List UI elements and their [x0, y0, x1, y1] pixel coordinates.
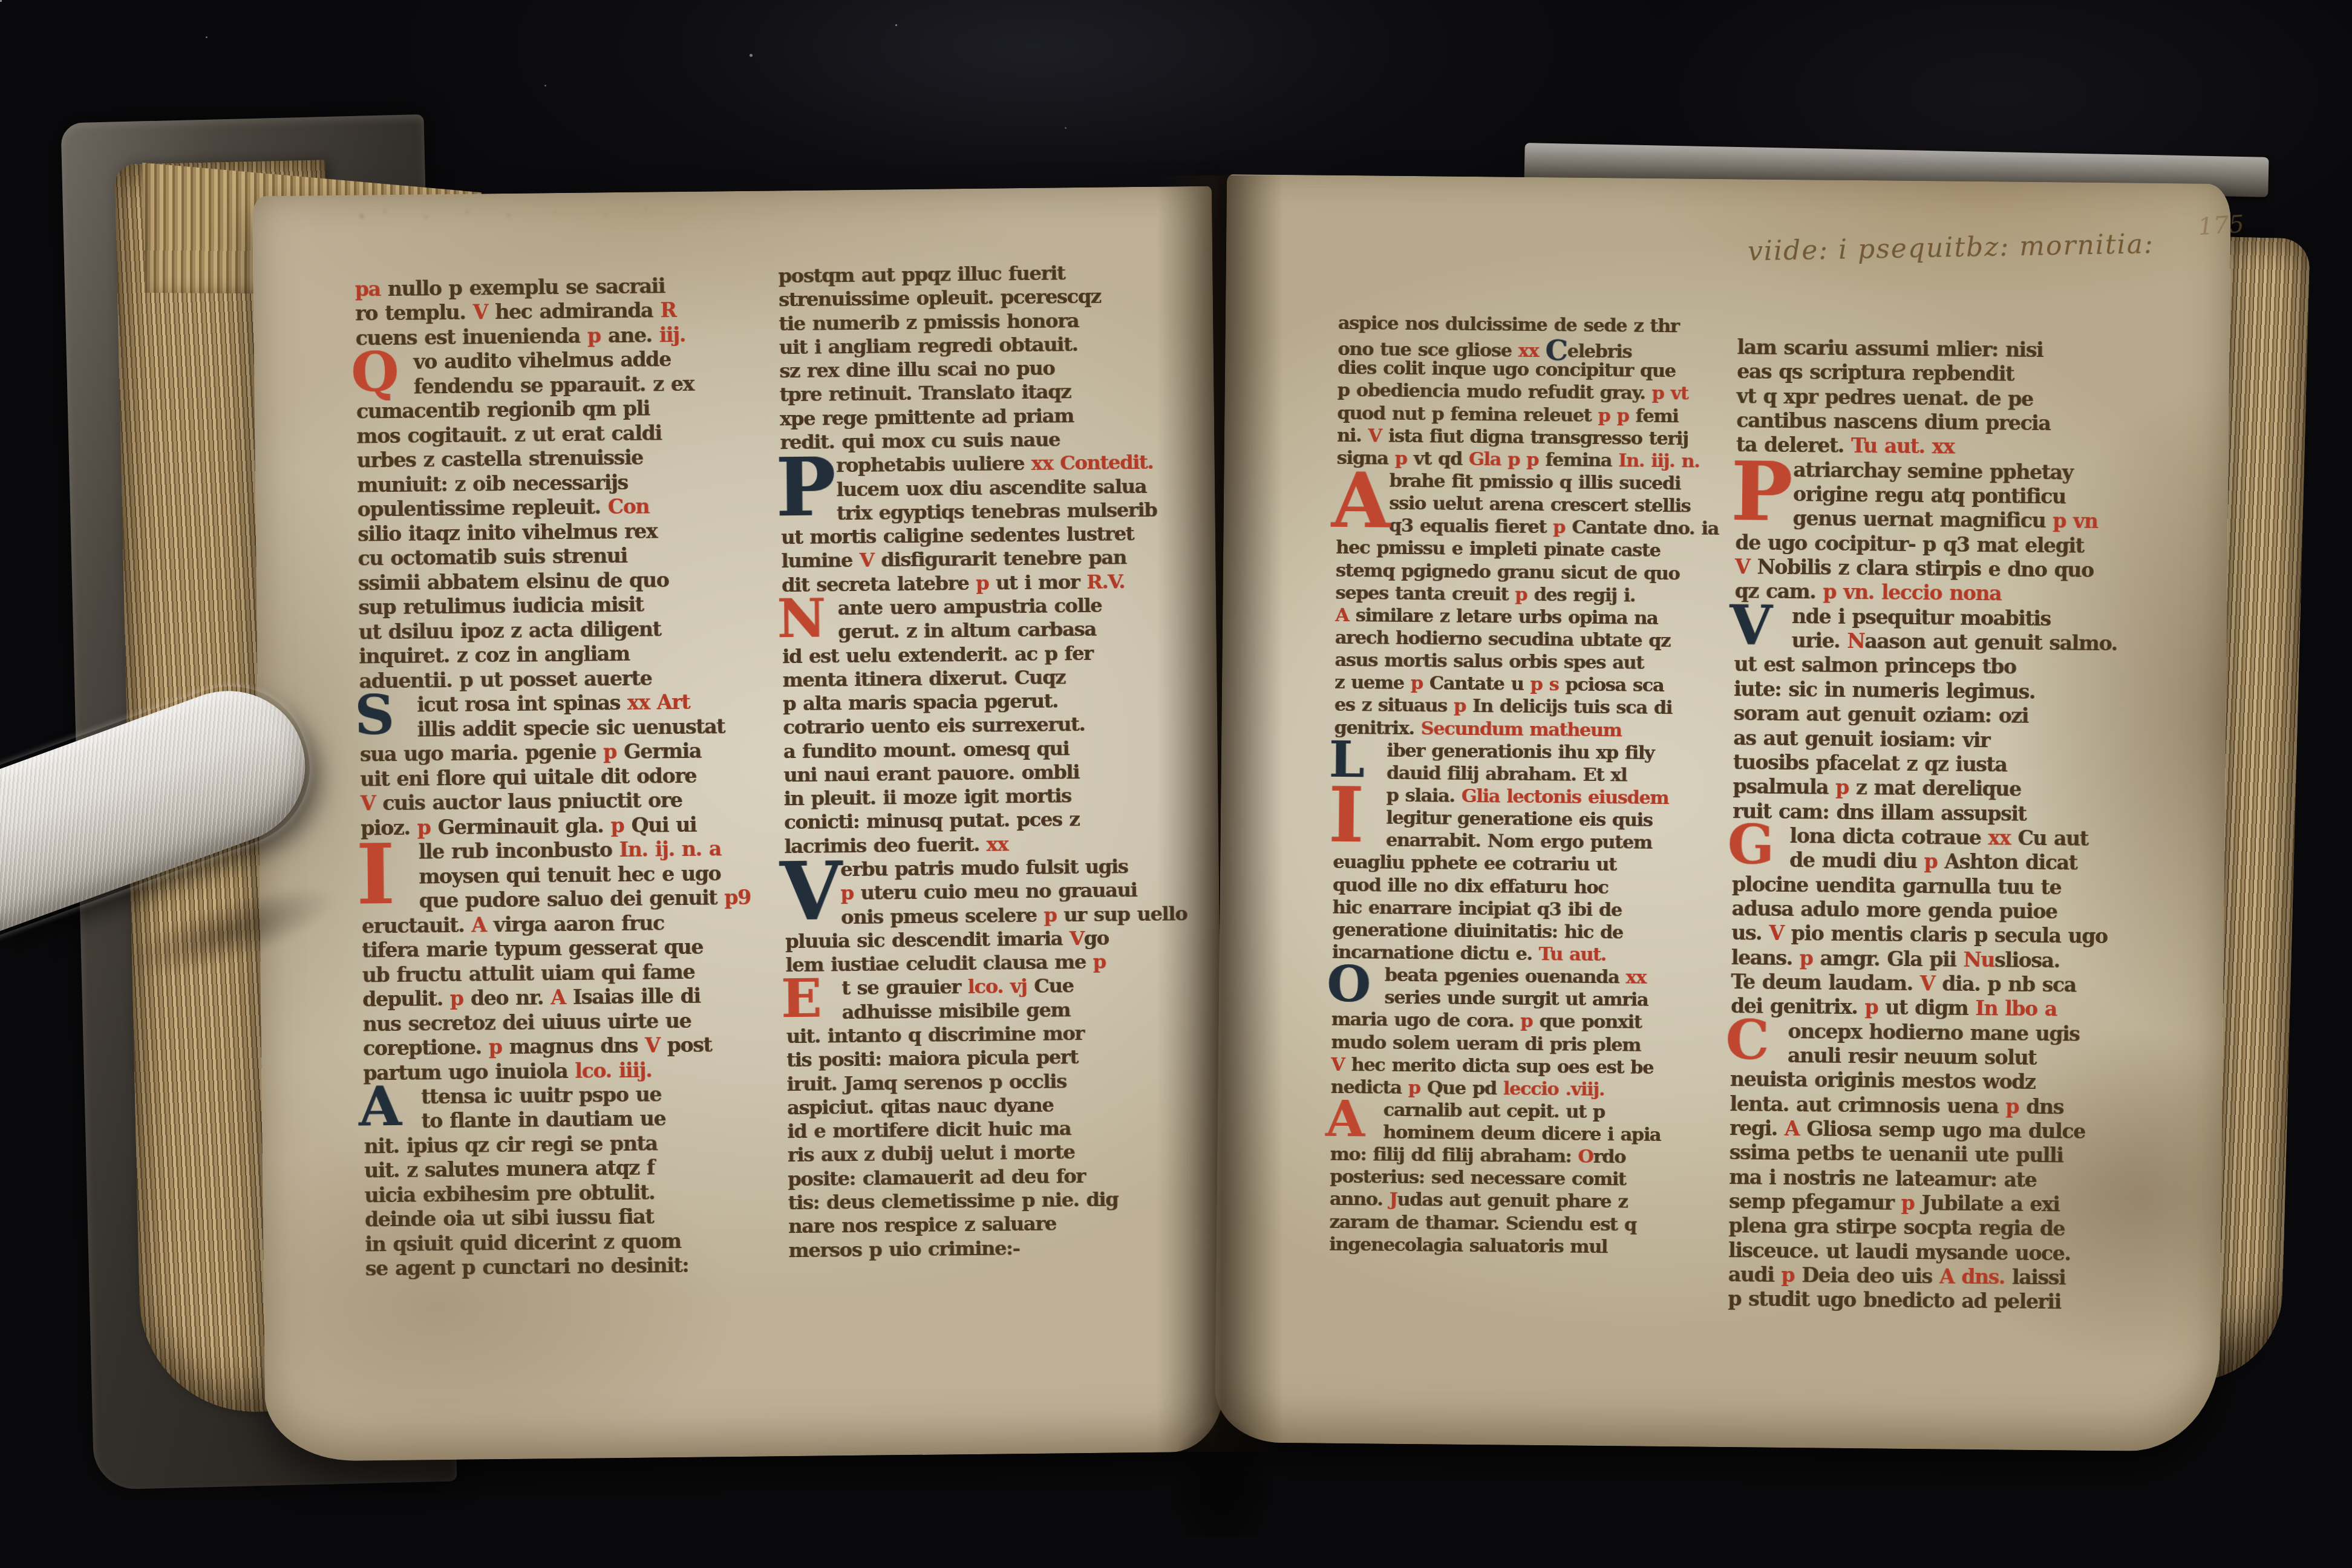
body-text: amgr. Gla pii [1820, 946, 1963, 971]
rubric-text: p [1520, 1010, 1539, 1032]
body-text: genus uernat magnificu [1792, 506, 2053, 532]
body-text: ni. [1337, 425, 1368, 446]
body-text: anno. [1330, 1188, 1390, 1210]
text-line: us. V pio mentis claris p secula ugo [1731, 921, 2131, 949]
body-text: Germinauit gla. [437, 814, 610, 839]
body-text: deo nr. [470, 985, 550, 1010]
body-text: se agent p cunctari no desinit: [365, 1253, 688, 1281]
body-text: uit. z salutes munera atqz f [364, 1156, 655, 1183]
rubric-text: p s [1530, 673, 1565, 696]
body-text: depulit. [362, 987, 450, 1011]
body-text: sz rex dine illu scai no puo [779, 357, 1054, 383]
body-text: Gliosa semp ugo ma dulce [1806, 1117, 2085, 1143]
body-text: silio itaqz inito vihelmus rex [358, 519, 658, 546]
body-text: z ueme [1334, 671, 1411, 694]
body-text: oncepx hodierno mane ugis [1788, 1019, 2079, 1046]
text-line: maria ugo de cora. p que ponxit [1331, 1008, 1719, 1034]
text-line: uicia exbihesim pre obtulit. [364, 1180, 757, 1208]
body-text: audi [1728, 1263, 1781, 1287]
text-line: coreptione. p magnus dns V post [363, 1033, 756, 1061]
rubric-text: Contedit. [1060, 451, 1154, 475]
rubric-text: A [471, 913, 494, 936]
text-line: plocine uendita garnulla tuu te [1732, 872, 2131, 901]
body-text: z mat derelique [1856, 776, 2021, 801]
text-line: mos cogitauit. z ut erat caldi [356, 420, 750, 449]
drop-cap-initial: I [1328, 781, 1364, 851]
body-text: eas qs scriptura repbendit [1737, 360, 2014, 386]
text-line: redit. qui mox cu suis naue [780, 426, 1177, 454]
text-line: regi. A Gliosa semp ugo ma dulce [1730, 1116, 2129, 1145]
text-line: anuli resir neuum solut [1730, 1043, 2129, 1071]
body-text: de mudi diu [1789, 848, 1924, 873]
text-line: p obediencia mudo refudit gray. p vt [1337, 379, 1724, 405]
text-line: incarnatione dictu e. Tu aut. [1332, 941, 1719, 967]
rubric-text: A dns. [1939, 1265, 2013, 1289]
rubric-text: xx [1988, 826, 2017, 849]
text-line: posterius: sed necessare comit [1330, 1166, 1717, 1192]
body-text: aason aut genuit salmo. [1864, 629, 2117, 655]
body-text: Cantate u [1429, 673, 1530, 696]
body-text: id e mortifere dicit huic ma [787, 1117, 1071, 1143]
text-line: partum ugo inuiola lco. iiij. [363, 1057, 756, 1085]
text-line: ro templu. V hec admiranda R [355, 298, 748, 326]
rubric-text: p [1781, 1263, 1802, 1287]
left-page: pa nullo p exemplu se sacraiiro templu. … [252, 186, 1225, 1462]
rubric-text: V [1331, 1053, 1351, 1075]
text-line: adhuisse misibile gem [786, 997, 1183, 1025]
text-line: cumacentib regionib qm pli [356, 396, 750, 424]
body-text: tifera marie typum gesserat que [362, 935, 703, 962]
body-text: as aut genuit iosiam: vir [1733, 726, 1990, 752]
text-line: lucem uox diu ascendite salua [780, 474, 1177, 502]
text-line: postqm aut ppqz illuc fuerit [778, 260, 1175, 288]
body-text: aduentii. p ut posset auerte [359, 666, 652, 693]
body-text: illis addit specie sic uenustat [417, 714, 725, 741]
body-text: mos cogitauit. z ut erat caldi [356, 421, 662, 448]
text-line: aduentii. p ut posset auerte [359, 665, 752, 694]
text-line: signa p vt qd Gla p p femina In. iij. n. [1336, 447, 1723, 473]
body-text: fendendu se pparauit. z ex [413, 372, 694, 399]
body-text: lle rub inconbusto [418, 838, 619, 863]
body-text: arech hodierno secudina ubtate qz [1335, 627, 1670, 652]
text-line: audi p Deia deo uis A dns. laissi [1728, 1263, 2127, 1291]
text-line: ub fructu attulit uiam qui fame [362, 959, 755, 987]
text-line: Te deum laudam. V dia. p nb sca [1731, 970, 2130, 998]
rubric-text: In. iij. n. [1618, 449, 1700, 472]
text-line: to flante in dautiam ue [364, 1106, 757, 1134]
rubric-text: Nu [1963, 947, 1994, 971]
text-line: mo: filij dd filij abraham: Ordo [1330, 1143, 1717, 1169]
rubric-text: Tu aut. xx [1851, 434, 1955, 459]
body-text: lenta. aut crimnosis uena [1730, 1092, 2005, 1118]
text-line: ssimii abbatem elsinu de quo [358, 567, 751, 596]
text-line: fendendu se pparauit. z ex [356, 371, 749, 400]
body-text: plocine uendita garnulla tuu te [1732, 872, 2061, 899]
body-text: cumacentib regionib qm pli [356, 397, 650, 423]
body-text: origine regu atq pontificu [1793, 482, 2066, 508]
drop-cap-initial: E [781, 974, 822, 1024]
rubric-text: p [1454, 695, 1472, 717]
body-text: rophetabis uuliere [836, 452, 1031, 477]
body-text: hominem deum dicere i apia [1383, 1122, 1661, 1146]
text-line: leans. p amgr. Gla pii Nusliosa. [1731, 946, 2131, 974]
text-line: ut est salmon princeps tbo [1734, 653, 2133, 681]
text-line: ttensa ic uuitr pspo ue [363, 1082, 756, 1110]
text-line: tis: deus clemetissime p nie. dig [788, 1187, 1184, 1215]
drop-cap-initial: V [1730, 600, 1772, 651]
rubric-text: p [1408, 1077, 1427, 1099]
text-line: brahe fit pmissio q illis sucedi [1336, 469, 1723, 495]
body-text: generatione diuinitatis: hic de [1332, 919, 1623, 944]
text-line: depulit. p deo nr. A Isaias ille di [362, 984, 756, 1012]
rubric-text: p [587, 324, 608, 347]
body-text: ssio uelut arena crescert stellis [1389, 492, 1690, 517]
body-text: tie numerib z pmissis honora [779, 309, 1079, 335]
body-text: disfigurarit tenebre pan [881, 546, 1126, 572]
body-text: sepes tanta creuit [1335, 582, 1515, 606]
body-text: quod nut p femina releuet [1337, 402, 1598, 426]
body-text: posite: clamauerit ad deu for [788, 1165, 1085, 1191]
body-text: p alta maris spacia pgerut. [783, 690, 1058, 716]
text-line: lona dicta cotraue xx Cu aut [1732, 823, 2131, 852]
text-line: nit. ipius qz cir regi se pnta [364, 1131, 757, 1159]
rubric-text: V [645, 1033, 667, 1057]
rubric-text: V [1920, 972, 1942, 995]
text-line: lenta. aut crimnosis uena p dns [1730, 1092, 2129, 1120]
body-text: in pleuit. ii moze igit mortis [783, 784, 1071, 810]
right-page-column-1: aspice nos dulcissime de sede z throno t… [1329, 312, 1725, 1259]
text-line: zaram de thamar. Sciendu est q [1329, 1210, 1716, 1236]
rubric-text: O [1578, 1146, 1593, 1168]
body-text: stemq pgignedo granu sicut de quo [1336, 559, 1680, 584]
body-text: leans. [1731, 946, 1800, 970]
body-text: Cue [1034, 975, 1074, 998]
rubric-text: p [1093, 950, 1106, 973]
rubric-text: lco. iiij. [575, 1058, 652, 1082]
drop-cap-initial: S [354, 690, 394, 741]
body-text: cuis auctor laus pniuctit ore [382, 788, 682, 815]
body-text: nus secretoz dei uiuus uirte ue [362, 1008, 691, 1036]
body-text: ista fiut digna transgresso terij [1388, 425, 1688, 449]
drop-cap-initial: V [780, 855, 843, 929]
text-line: mersos p uio crimine:- [788, 1235, 1185, 1263]
text-line: sua ugo maria. pgenie p Germia [360, 739, 753, 767]
body-text: uit i angliam regredi obtauit. [779, 333, 1078, 359]
rubric-text: In lbo a [1975, 996, 2057, 1021]
body-text: tis: deus clemetissime p nie. dig [788, 1187, 1118, 1214]
body-text: legitur generatione eis quis [1386, 807, 1652, 831]
text-line: opulentissime repleuit. Con [357, 494, 750, 522]
text-line: z ueme p Cantate u p s pciosa sca [1334, 671, 1722, 697]
text-line: qz cam. p vn. leccio nona [1734, 580, 2134, 608]
body-text: ttensa ic uuitr pspo ue [421, 1082, 661, 1108]
text-line: cantibus nascens dium precia [1736, 408, 2135, 437]
body-text: hic enarrare incipiat q3 ibi de [1332, 896, 1621, 921]
body-text: moysen qui tenuit hec e ugo [419, 861, 720, 888]
rubric-text: p [1515, 583, 1534, 605]
body-text: in qsiuit quid dicerint z quom [365, 1229, 681, 1256]
rubric-text: p [1864, 996, 1885, 1019]
body-text: mo: filij dd filij abraham: [1330, 1143, 1578, 1168]
body-text: nde i psequitur moabitis [1792, 604, 2051, 630]
text-line: as aut genuit iosiam: vir [1733, 726, 2132, 754]
body-text: uicia exbihesim pre obtulit. [364, 1180, 655, 1207]
rubric-text: p [1044, 903, 1063, 926]
body-text: zaram de thamar. Sciendu est q [1329, 1210, 1636, 1235]
rubric-text: p [1799, 946, 1820, 970]
text-line: ut dsiluu ipoz z acta diligent [358, 616, 751, 645]
text-line: hominem deum dicere i apia [1330, 1121, 1717, 1147]
text-line: tpre retinuit. Translato itaqz [779, 379, 1176, 407]
left-page-column-2: postqm aut ppqz illuc fueritstrenuissime… [778, 260, 1185, 1263]
body-text: carnalib aut cepit. ut p [1383, 1099, 1604, 1123]
text-line: que pudore saluo dei genuit p9 [361, 886, 754, 914]
body-text: deinde oia ut sibi iussu fiat [365, 1205, 654, 1232]
text-line: a fundito mount. omesq qui [783, 736, 1180, 763]
text-line: ni. V ista fiut digna transgresso terij [1337, 425, 1724, 451]
body-text: opulentissime repleuit. [357, 495, 608, 521]
body-text: sup retulimus iudicia misit [358, 593, 644, 619]
body-text: sliosa. [1994, 948, 2060, 972]
text-line: t se grauier lco. vj Cue [786, 973, 1183, 1001]
body-text: aspice nos dulcissime de sede z thr [1338, 312, 1679, 337]
text-line: de mudi diu p Ashton dicat [1732, 848, 2131, 876]
folio-number: 175 [2197, 211, 2245, 241]
body-text: plena gra stirpe socpta regia de [1728, 1214, 2065, 1240]
text-line: iruit. Jamq serenos p occlis [786, 1068, 1183, 1096]
body-text: neuista originis mestos wodz [1730, 1067, 2036, 1094]
body-text: Que pd [1427, 1077, 1503, 1099]
body-text: que ponxit [1539, 1010, 1641, 1033]
text-line: uit eni flore qui uitale dit odore [360, 763, 753, 791]
body-text: rdo [1593, 1146, 1625, 1168]
rubric-text: xx [1625, 967, 1646, 988]
body-text: es z situaus [1334, 694, 1454, 717]
body-text: postqm aut ppqz illuc fuerit [778, 261, 1065, 287]
text-line: dei genitrix. p ut digm In lbo a [1731, 994, 2130, 1022]
text-line: atriarchay semine pphetay [1736, 457, 2135, 486]
body-text: erbu patris mudo fulsit ugis [840, 855, 1128, 881]
rubric-text: V [1735, 555, 1757, 578]
text-line: uni naui erant pauore. ombli [783, 759, 1180, 787]
body-text: lam scariu assumi mlier: nisi [1737, 335, 2043, 362]
body-text: a fundito mount. omesq qui [783, 737, 1070, 763]
rubric-text: p [417, 815, 437, 839]
rubric-text: p [1553, 517, 1572, 538]
body-text: semp pfegamur [1729, 1189, 1901, 1215]
body-text: trix egyptiqs tenebras mulserib [837, 498, 1157, 525]
body-text: ingenecolagia saluatoris mul [1329, 1233, 1607, 1258]
body-text: lem iustiae celudit clausa me [785, 950, 1093, 976]
drop-cap-initial: P [1731, 454, 1793, 530]
body-text: hec merito dicta sup oes est be [1351, 1054, 1653, 1079]
rubric-text: p [1835, 776, 1856, 799]
body-text: In delicijs tuis sca di [1472, 695, 1672, 719]
text-line: erbu patris mudo fulsit ugis [785, 854, 1181, 882]
text-line: semp pfegamur p Jubilate a exi [1729, 1189, 2128, 1218]
rubric-text: p [1924, 849, 1944, 873]
body-text: ut dsiluu ipoz z acta diligent [358, 617, 661, 644]
body-text: tis positi: maiora picula pert [786, 1045, 1078, 1071]
rubric-text: In. ij. n. a [619, 837, 721, 861]
rubric-text: p [488, 1035, 509, 1059]
rubric-text: R.V. [1086, 570, 1125, 593]
body-text: uit eni flore qui uitale dit odore [360, 763, 696, 791]
text-line: pluuia sic descendit imaria Vgo [785, 926, 1182, 953]
body-text: euagliu pphete ee cotrariu ut [1333, 851, 1616, 875]
body-text: conicti: minusq putat. pces z [784, 808, 1080, 834]
body-text: inquiret. z coz in angliam [359, 642, 630, 668]
body-text: ane. [608, 323, 659, 347]
text-line: vo audito vihelmus adde [356, 347, 749, 375]
body-text: Germia [624, 739, 701, 763]
body-text: coreptione. [363, 1035, 489, 1060]
body-text: vt q xpr pedres uenat. de pe [1736, 384, 2033, 411]
text-line: nde i psequitur moabitis [1734, 604, 2134, 632]
text-line: origine regu atq pontificu [1736, 482, 2135, 510]
body-text: des regij i. [1534, 584, 1635, 607]
text-line: V cuis auctor laus pniuctit ore [360, 788, 753, 816]
text-line: cotrario uento eis surrexerut. [783, 712, 1180, 740]
body-text: sua ugo maria. pgenie [360, 740, 604, 766]
rubric-text: p vn. leccio nona [1823, 580, 2001, 606]
rubric-text: p [1901, 1191, 1921, 1215]
text-line: q3 equalis fieret p Cantate dno. ia [1336, 514, 1723, 540]
rubric-text: p [610, 814, 631, 837]
body-text: cantibus nascens dium precia [1736, 408, 2050, 435]
text-line: lumine V disfigurarit tenebre pan [781, 546, 1178, 573]
text-line: ruit cam: dns illam assupsit [1733, 799, 2132, 828]
text-line: lisceuce. ut laudi mysande uoce. [1728, 1238, 2128, 1267]
text-line: uit i angliam regredi obtauit. [779, 332, 1176, 359]
body-text: p slaia. [1386, 785, 1462, 807]
left-page-column-1: pa nullo p exemplu se sacraiiro templu. … [355, 273, 759, 1282]
body-text: femi [1635, 405, 1678, 427]
body-text: uni naui erant pauore. ombli [783, 760, 1079, 786]
body-text: cotrario uento eis surrexerut. [783, 713, 1085, 739]
body-text: us. [1731, 921, 1769, 945]
text-line: legitur generatione eis quis [1333, 806, 1720, 832]
right-page: viide: i psequitbz: mornitia: 175 aspice… [1215, 174, 2231, 1452]
rubric-text: p [603, 740, 624, 763]
body-text: id est uelu extenderit. ac p fer [782, 641, 1093, 667]
body-text: Nobilis z clara stirpis e dno quo [1757, 555, 2094, 582]
body-text: brahe fit pmissio q illis sucedi [1389, 470, 1681, 495]
text-line: aspiciut. qitas nauc dyane [787, 1092, 1184, 1120]
text-line: soram aut genuit oziam: ozi [1733, 701, 2132, 730]
rubric-text: p [450, 987, 471, 1010]
body-text: nare nos respice z saluare [788, 1212, 1056, 1238]
text-line: lem iustiae celudit clausa me p [785, 949, 1182, 977]
text-line: muniuit: z oib necessarijs [357, 469, 750, 498]
text-line: V hec merito dicta sup oes est be [1331, 1053, 1718, 1079]
text-line: id e mortifere dicit huic ma [787, 1116, 1184, 1143]
body-text: asus mortis salus orbis spes aut [1334, 649, 1644, 674]
text-line: euagliu pphete ee cotrariu ut [1333, 851, 1720, 877]
body-text: enarrabit. Nom ergo putem [1386, 829, 1652, 854]
text-line: genus uernat magnificu p vn [1735, 506, 2134, 535]
text-line: lam scariu assumi mlier: nisi [1737, 335, 2136, 364]
body-text: virga aaron fruc [494, 911, 664, 936]
body-text: xpe rege pmittente ad priam [780, 404, 1074, 430]
drop-cap-initial: Q [351, 347, 399, 398]
text-line: tuosibs pfacelat z qz iusta [1733, 750, 2132, 779]
drop-cap-initial: O [1327, 961, 1371, 1007]
faded-inscription [343, 194, 803, 230]
text-line: arech hodierno secudina ubtate qz [1335, 627, 1722, 653]
text-line: gerut. z in altum carbasa [782, 617, 1178, 645]
text-line: carnalib aut cepit. ut p [1330, 1099, 1717, 1125]
text-line: p studit ugo bnedicto ad pelerii [1728, 1287, 2127, 1316]
rubric-text: xx [986, 832, 1008, 855]
text-line: hic enarrare incipiat q3 ibi de [1332, 896, 1719, 922]
drop-cap-initial: N [777, 593, 826, 643]
text-line: beata pgenies ouenanda xx [1331, 964, 1719, 990]
body-text: icut rosa int spinas [417, 691, 627, 717]
rubric-text: J [1389, 1189, 1397, 1210]
body-text: ruit cam: dns illam assupsit [1733, 799, 2027, 826]
text-line: p uteru cuio meu no grauaui [785, 878, 1181, 906]
text-line: rophetabis uuliere xx Contedit. [780, 451, 1177, 479]
text-line: se agent p cunctari no desinit: [365, 1253, 758, 1281]
rubric-text: leccio .viij. [1503, 1077, 1605, 1100]
text-line: silio itaqz inito vihelmus rex [358, 518, 751, 547]
rubric-text: Con [607, 495, 649, 519]
text-line: mudo solem ueram di pris plem [1331, 1031, 1718, 1057]
body-text: uit. intanto q discrimine mor [786, 1022, 1083, 1048]
body-text: ma i nostris ne lateamur: ate [1729, 1165, 2036, 1192]
text-line: A similare z letare urbs opima na [1335, 604, 1722, 630]
manuscript-photo: pa nullo p exemplu se sacraiiro templu. … [0, 0, 2352, 1568]
header-annotation: viide: i psequitbz: mornitia: [1748, 228, 2184, 267]
right-page-column-2: lam scariu assumi mlier: nisieas qs scri… [1728, 335, 2136, 1315]
body-text: mudo solem ueram di pris plem [1331, 1031, 1641, 1056]
body-text: Ashton dicat [1944, 850, 2077, 875]
body-text: atriarchay semine pphetay [1793, 458, 2073, 484]
body-text: femina [1545, 449, 1618, 471]
text-line: sz rex dine illu scai no puo [779, 356, 1176, 384]
text-line: dit secreta latebre p ut i mor R.V. [782, 569, 1178, 597]
body-text: urie. [1791, 629, 1847, 653]
body-text: q3 equalis fieret [1389, 515, 1553, 538]
body-text: Qui ui [631, 812, 696, 837]
body-text: ut digm [1885, 996, 1975, 1020]
body-text: menta itinera dixerut. Cuqz [782, 665, 1065, 691]
text-line: sup retulimus iudicia misit [358, 592, 751, 620]
text-line: ingenecolagia saluatoris mul [1329, 1233, 1716, 1259]
body-text: Deia deo uis [1802, 1263, 1939, 1288]
drop-cap-initial: G [1727, 820, 1774, 871]
body-text: lucem uox diu ascendite salua [836, 474, 1146, 500]
body-text: dns [2026, 1094, 2063, 1119]
text-line: lacrimis deo fuerit. xx [784, 831, 1181, 858]
rubric-text: iij. [659, 323, 685, 347]
text-line: in pleuit. ii moze igit mortis [783, 783, 1180, 811]
text-line: sepes tanta creuit p des regij i. [1335, 582, 1722, 608]
text-line: quod ille no dix effaturu hoc [1333, 874, 1720, 900]
body-text: gerut. z in altum carbasa [838, 618, 1096, 643]
text-line: hec pmissu e impleti pinate caste [1336, 537, 1723, 563]
rubric-text: Secundum matheum [1420, 717, 1621, 741]
text-line: genitrix. Secundum matheum [1334, 716, 1721, 742]
text-line: psalmula p z mat derelique [1733, 774, 2132, 803]
text-line: illis addit specie sic uenustat [359, 714, 753, 742]
text-line: trix egyptiqs tenebras mulserib [780, 498, 1177, 526]
body-text: Cantate dno. ia [1572, 517, 1719, 540]
text-line: strenuissime opleuit. pcerescqz [779, 284, 1175, 312]
text-line: adusa adulo more genda puioe [1731, 897, 2131, 925]
rubric-text: Gla p p [1469, 448, 1546, 471]
